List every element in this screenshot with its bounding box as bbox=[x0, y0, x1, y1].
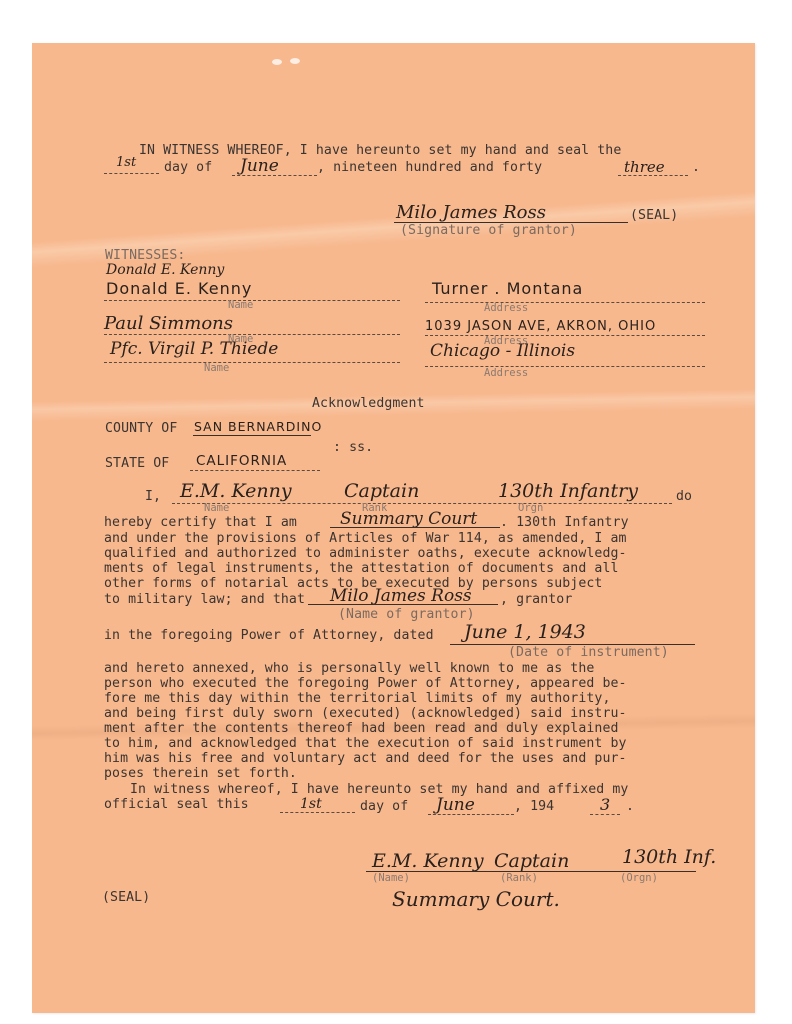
body-line-1: and under the provisions of Articles of … bbox=[104, 531, 627, 546]
witness-3-name-line bbox=[104, 362, 400, 363]
acknowledgment-title: Acknowledgment bbox=[312, 396, 425, 411]
seal-month: June bbox=[436, 796, 475, 814]
seal-period: . bbox=[626, 799, 634, 814]
grantor-signature: Milo James Ross bbox=[396, 204, 546, 222]
do-label: do bbox=[676, 489, 692, 504]
grantor-suffix: , grantor bbox=[500, 592, 572, 607]
grantor-name-line bbox=[308, 604, 498, 605]
body2-line-2: person who executed the foregoing Power … bbox=[104, 676, 627, 691]
seal-day: 1st bbox=[300, 795, 322, 813]
witness-1-name-caption: Name bbox=[228, 299, 253, 311]
signature-caption-orgn: (Orgn) bbox=[620, 872, 658, 884]
witness-2-name: Paul Simmons bbox=[104, 315, 233, 333]
ss-label: : ss. bbox=[333, 440, 373, 455]
certify-role: Summary Court bbox=[340, 510, 477, 528]
certify-prefix: hereby certify that I am bbox=[104, 515, 297, 530]
witness-whereof-line: In witness whereof, I have hereunto set … bbox=[130, 782, 628, 797]
body2-line-4: and being first duly sworn (executed) (a… bbox=[104, 706, 627, 721]
caption-orgn: Orgn bbox=[518, 502, 543, 514]
paper-stain bbox=[272, 59, 282, 65]
witness-3-name: Pfc. Virgil P. Thiede bbox=[110, 340, 278, 358]
witness-day: 1st bbox=[116, 154, 136, 172]
officer-signature-orgn: 130th Inf. bbox=[622, 848, 716, 866]
body2-line-8: poses therein set forth. bbox=[104, 766, 297, 781]
body2-line-6: to him, and acknowledged that the execut… bbox=[104, 736, 627, 751]
officer-rank: Captain bbox=[344, 482, 419, 500]
witness-3-address: Chicago - Illinois bbox=[430, 342, 575, 360]
seal-year-digit: 3 bbox=[600, 796, 610, 814]
signature-caption-name: (Name) bbox=[372, 872, 410, 884]
body2-line-7: him was his free and voluntary act and d… bbox=[104, 751, 627, 766]
year-prefix: , nineteen hundred and forty bbox=[317, 160, 542, 175]
body2-line-3: fore me this day within the territorial … bbox=[104, 691, 611, 706]
witness-2-address: 1039 JASON AVE, AKRON, OHIO bbox=[425, 318, 656, 336]
witness-annotation: Donald E. Kenny bbox=[106, 261, 224, 279]
witness-1-name: Donald E. Kenny bbox=[106, 280, 252, 298]
day-line bbox=[104, 173, 159, 174]
witness-2-address-line bbox=[425, 335, 705, 336]
certify-role-line bbox=[330, 527, 500, 528]
witness-3-address-caption: Address bbox=[484, 367, 528, 379]
state-value: CALIFORNIA bbox=[196, 452, 287, 470]
signature-caption-rank: (Rank) bbox=[500, 872, 538, 884]
certify-suffix: . 130th Infantry bbox=[500, 515, 629, 530]
seal-year-line bbox=[590, 814, 620, 815]
officer-orgn: 130th Infantry bbox=[498, 482, 638, 500]
county-label: COUNTY OF bbox=[105, 421, 177, 436]
grantor-seal-label: (SEAL) bbox=[630, 208, 678, 223]
officer-signature-name: E.M. Kenny bbox=[372, 852, 484, 870]
officer-name: E.M. Kenny bbox=[180, 482, 292, 500]
witness-month: June bbox=[240, 157, 279, 175]
officer-line bbox=[172, 503, 672, 504]
officer-signature-role: Summary Court. bbox=[392, 890, 560, 908]
paper-stain bbox=[290, 58, 300, 64]
state-label: STATE OF bbox=[105, 456, 169, 471]
dated-caption: (Date of instrument) bbox=[508, 645, 669, 660]
witness-period: . bbox=[692, 160, 700, 175]
body-line-2: qualified and authorized to administer o… bbox=[104, 546, 627, 561]
seal-this-label: official seal this bbox=[104, 797, 249, 812]
day-of-label: day of bbox=[164, 160, 212, 175]
body2-line-5: ment after the contents thereof had been… bbox=[104, 721, 619, 736]
witness-1-address-caption: Address bbox=[484, 302, 528, 314]
witness-1-address-line bbox=[425, 302, 705, 303]
witness-3-name-caption: Name bbox=[204, 362, 229, 374]
county-value: SAN BERNARDINO bbox=[194, 418, 322, 436]
seal-day-of: day of bbox=[360, 799, 408, 814]
witness-year: three bbox=[624, 158, 665, 176]
military-prefix: to military law; and that bbox=[104, 592, 305, 607]
grantor-caption: (Name of grantor) bbox=[338, 607, 475, 622]
witness-3-address-line bbox=[425, 366, 705, 367]
witness-clause-line1: IN WITNESS WHEREOF, I have hereunto set … bbox=[139, 143, 621, 158]
body-line-3: ments of legal instruments, the attestat… bbox=[104, 561, 619, 576]
grantor-signature-caption: (Signature of grantor) bbox=[400, 223, 577, 238]
state-line bbox=[190, 470, 320, 471]
official-seal-label: (SEAL) bbox=[102, 890, 150, 905]
body2-line-1: and hereto annexed, who is personally we… bbox=[104, 661, 594, 676]
dated-prefix: in the foregoing Power of Attorney, date… bbox=[104, 628, 434, 643]
witness-1-address: Turner . Montana bbox=[432, 280, 583, 298]
dated-value: June 1, 1943 bbox=[464, 623, 586, 641]
seal-year-prefix: , 194 bbox=[514, 799, 554, 814]
grantor-name: Milo James Ross bbox=[330, 587, 472, 605]
i-label: I, bbox=[145, 489, 161, 504]
county-line bbox=[193, 435, 311, 436]
officer-signature-rank: Captain bbox=[494, 852, 569, 870]
caption-name: Name bbox=[204, 502, 229, 514]
